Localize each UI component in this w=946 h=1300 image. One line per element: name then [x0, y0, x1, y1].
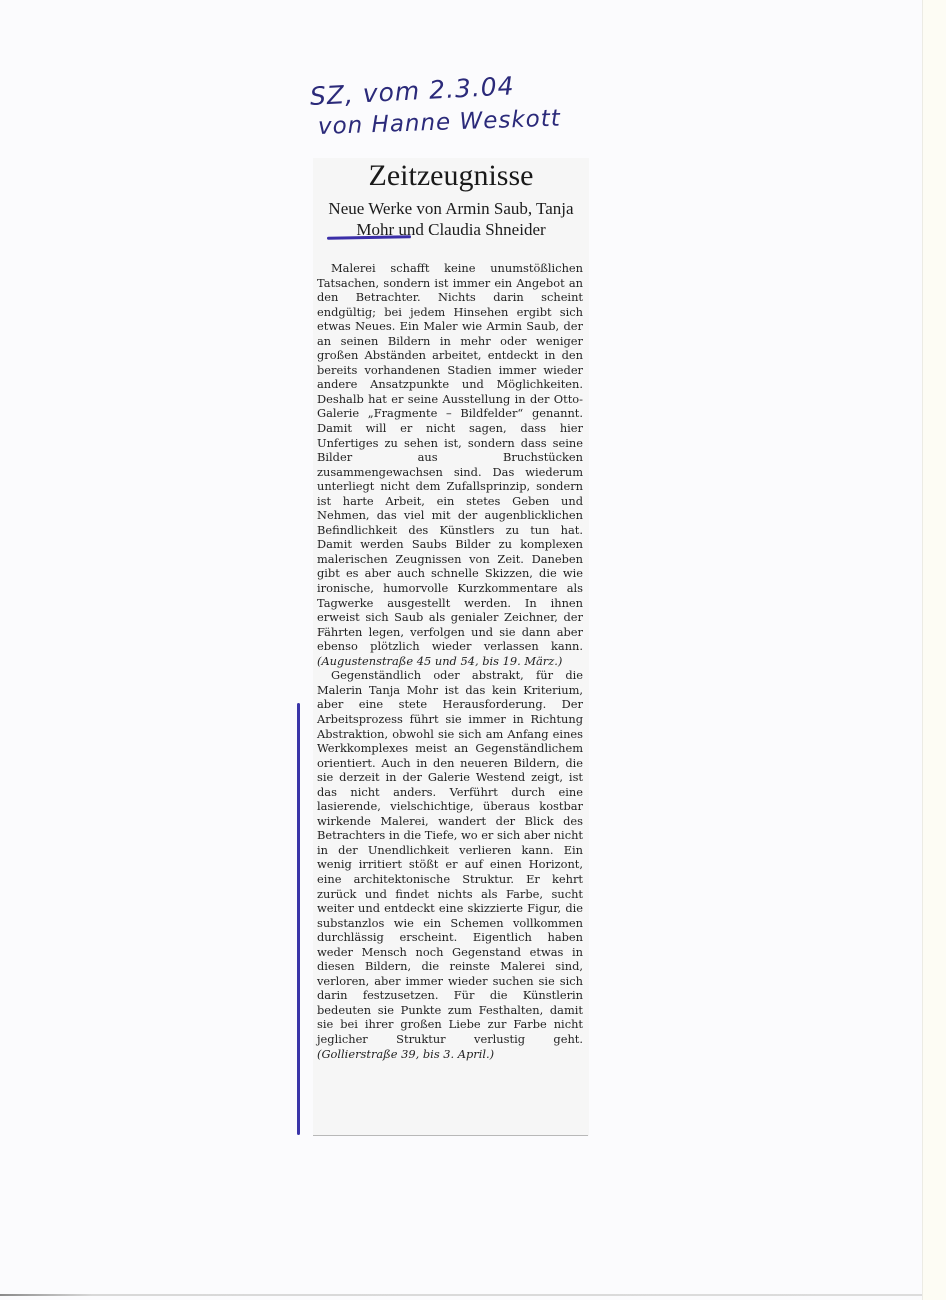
scanner-bottom-edge: [0, 1294, 922, 1296]
article-body: Malerei schafft keine unumstößlichen Tat…: [317, 261, 583, 1061]
venue-reference: (Augustenstraße 45 und 54, bis 19. März.…: [317, 654, 562, 668]
handwritten-annotation: SZ, vom 2.3.04 von Hanne Weskott: [310, 82, 570, 142]
article-paragraph: Malerei schafft keine unumstößlichen Tat…: [317, 261, 583, 668]
paragraph-text: Gegenständlich oder abstrakt, für die Ma…: [317, 668, 583, 1046]
scanner-edge-strip: [922, 0, 946, 1300]
paragraph-text: Malerei schafft keine unumstößlichen Tat…: [317, 261, 583, 653]
article-end-rule: [313, 1135, 588, 1136]
article-headline: Zeitzeugnisse: [313, 158, 589, 194]
article-paragraph: Gegenständlich oder abstrakt, für die Ma…: [317, 668, 583, 1061]
ink-margin-line: [297, 703, 300, 1135]
venue-reference: (Gollierstraße 39, bis 3. April.): [317, 1047, 494, 1061]
article-subheadline: Neue Werke von Armin Saub, Tanja Mohr un…: [313, 198, 589, 240]
